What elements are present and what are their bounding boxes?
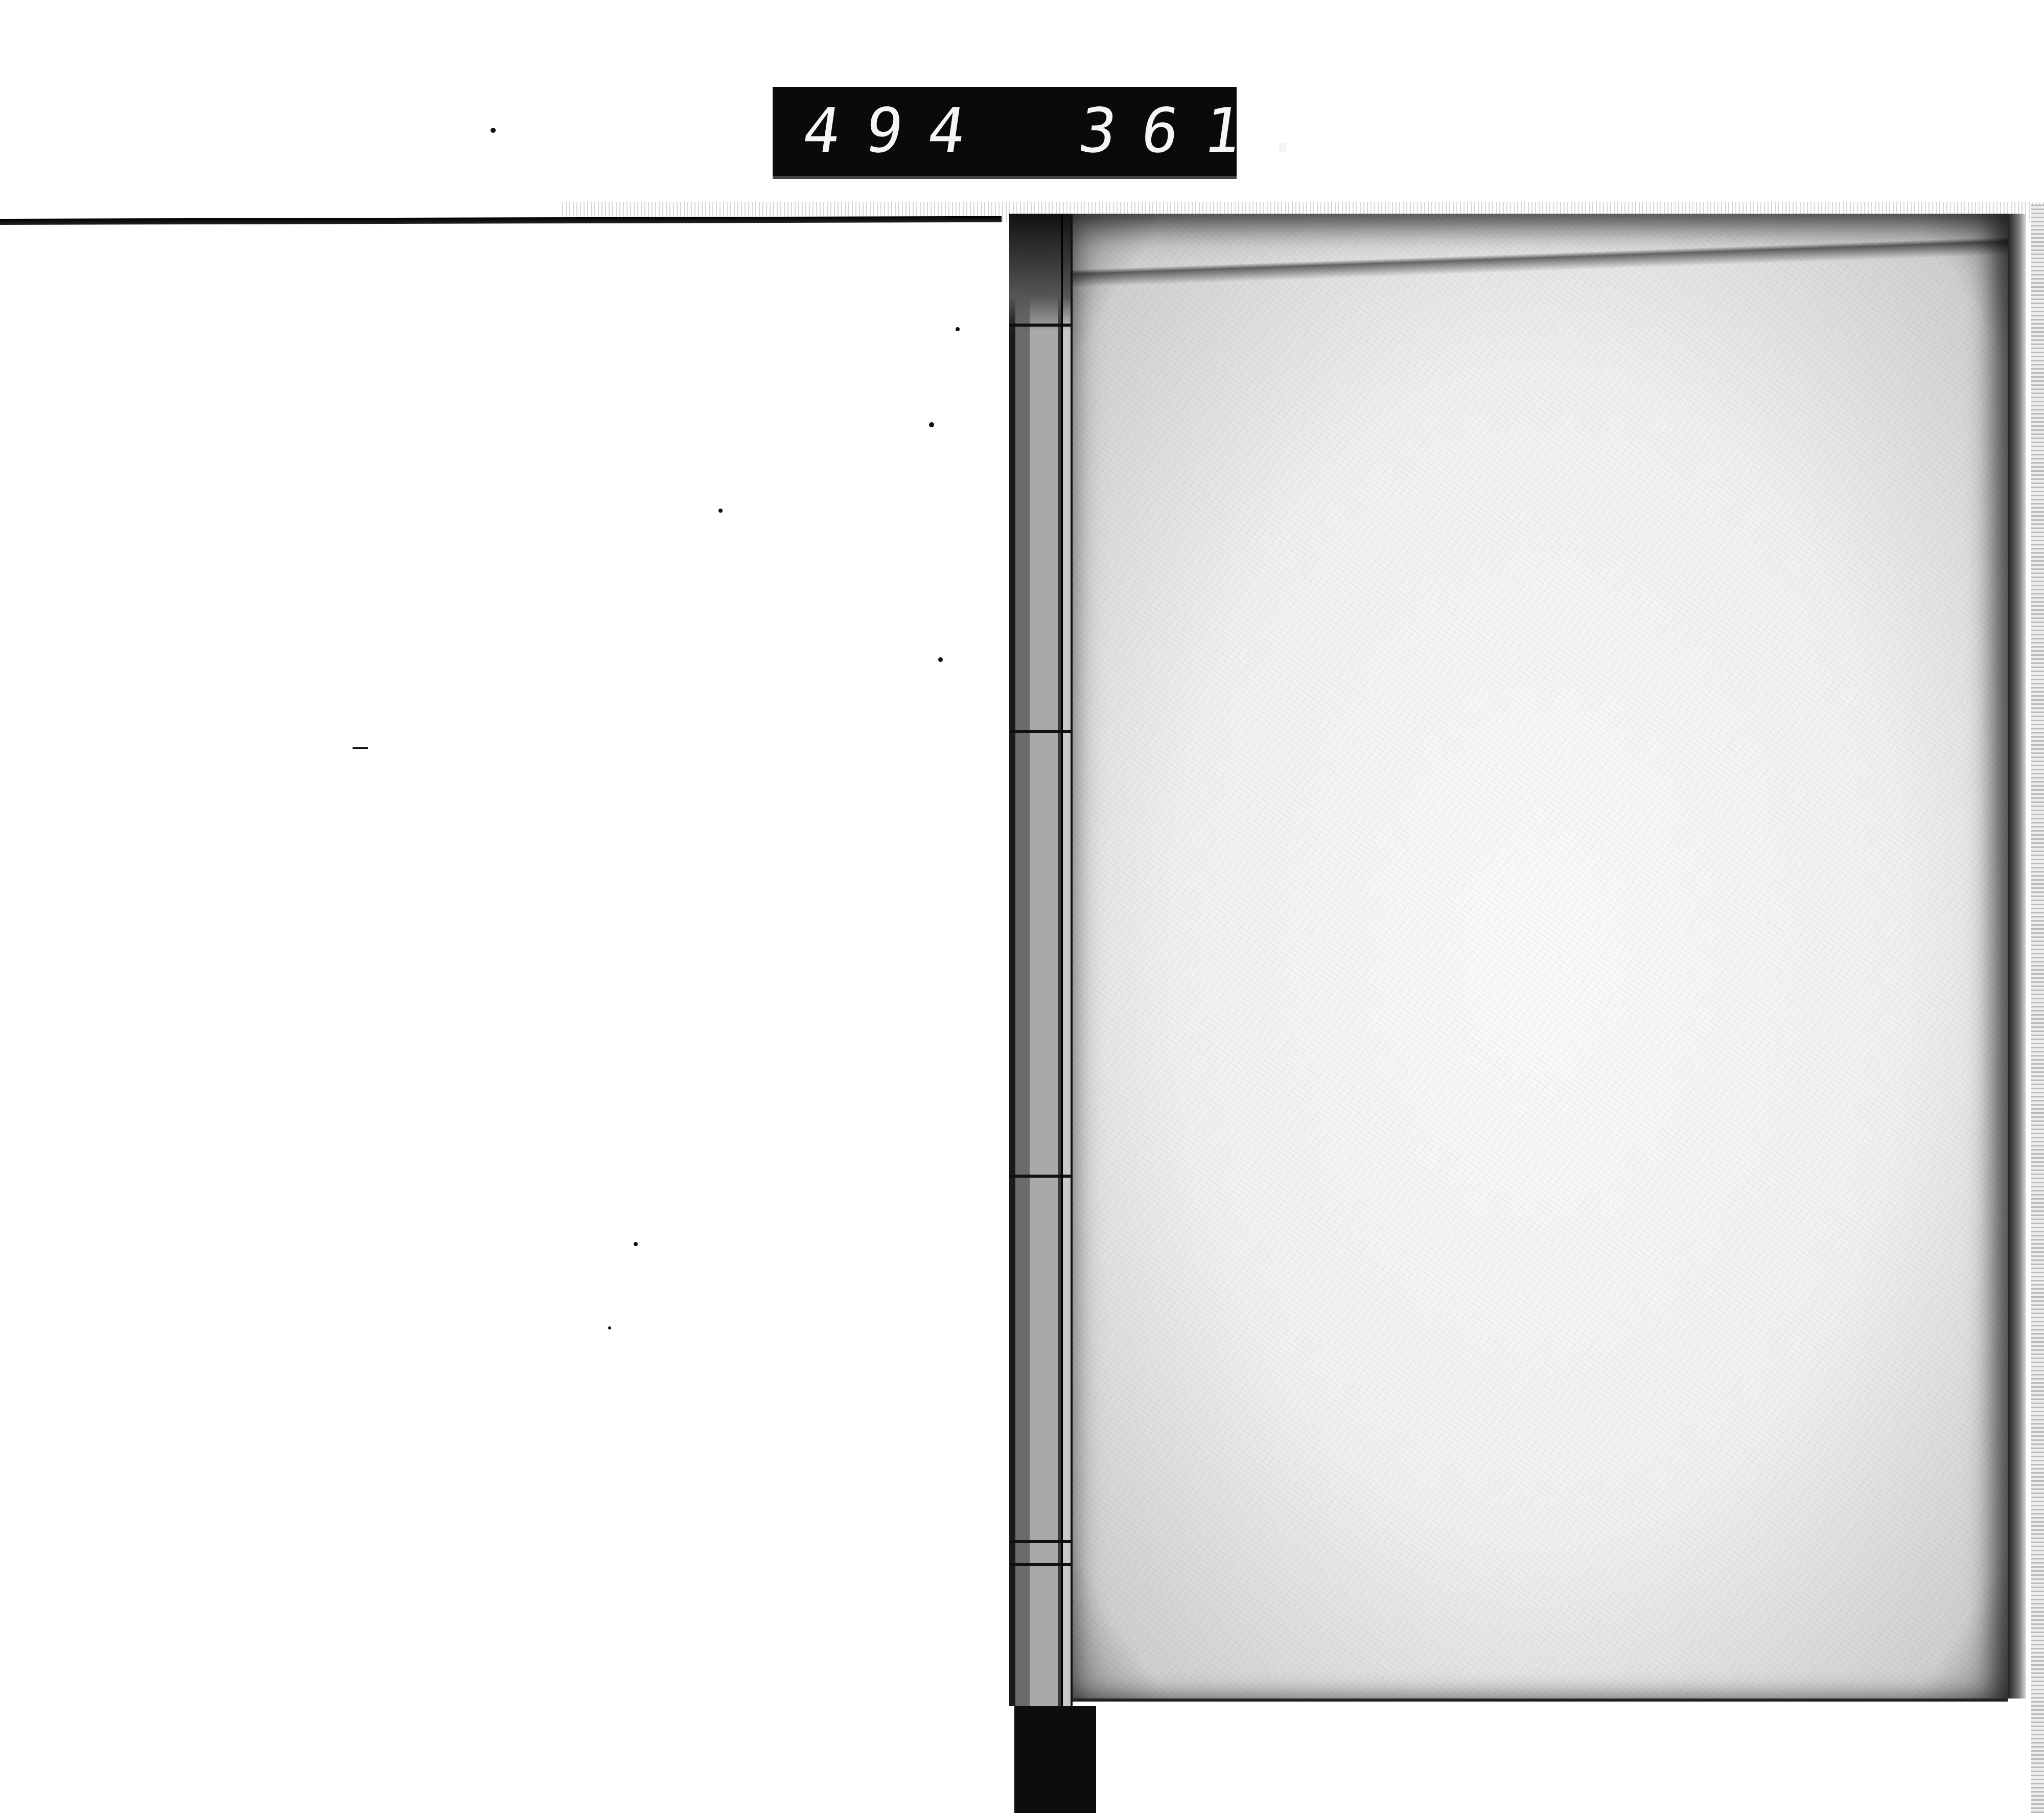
scanner-bed-edge [0,216,1002,225]
bound-volume [1009,214,2026,1706]
dust-speck [353,747,368,749]
dust-speck [608,1326,611,1329]
adjacent-page-edge [2031,204,2044,1813]
binding-thread [1061,214,1063,1706]
book-spine [1009,214,1073,1706]
dust-speck [634,1242,638,1246]
cover-right-edge [2008,214,2026,1699]
dust-speck [938,657,943,662]
scanner-clamp [1014,1706,1096,1813]
front-cover [1073,214,2008,1702]
counter-right-number: 361. [1075,98,1334,165]
frame-counter-label: 494 361. [773,87,1237,179]
counter-left-number: 494 [799,98,995,165]
paper-texture [1073,214,2008,1699]
dust-speck [718,509,723,513]
dust-speck [956,327,960,331]
water-stain [1073,234,2008,290]
dust-speck [929,422,934,427]
dust-speck [491,128,496,133]
